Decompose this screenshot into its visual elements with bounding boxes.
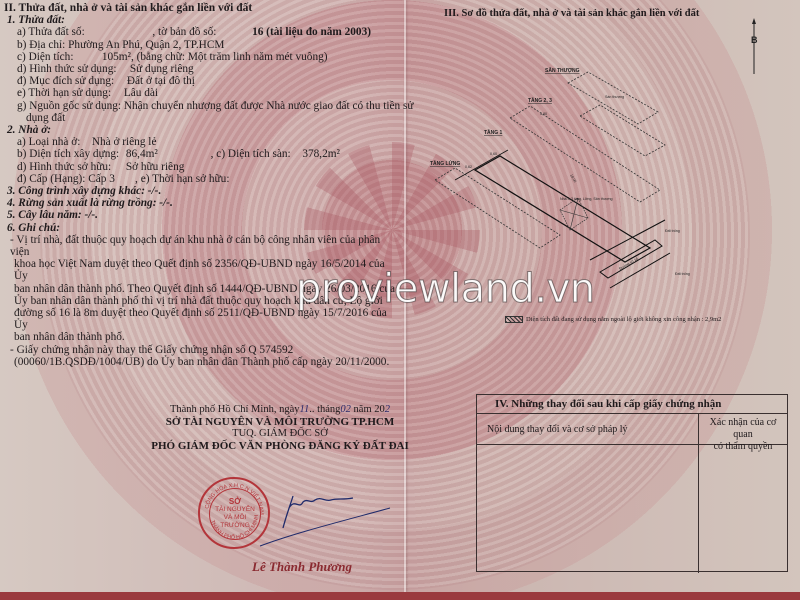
house-heading: 2. Nhà ở: bbox=[4, 124, 400, 136]
note-line: ban nhân dân thành phố. bbox=[10, 331, 400, 343]
build-area-row: b) Diện tích xây dựng: 86,4m² , c) Diện … bbox=[4, 148, 400, 160]
term-row: e) Thời hạn sử dụng: Lâu dài bbox=[4, 87, 400, 99]
floor-area-label: , c) Diện tích sàn: bbox=[211, 148, 291, 160]
svg-text:SÂN THƯỢNG: SÂN THƯỢNG bbox=[545, 67, 580, 74]
build-area-value: 86,4m² bbox=[126, 148, 208, 160]
svg-text:4,80: 4,80 bbox=[540, 112, 547, 116]
signer-position: PHÓ GIÁM ĐỐC VĂN PHÒNG ĐĂNG KÝ ĐẤT ĐAI bbox=[150, 440, 410, 452]
seal-line: TÀI NGUYÊN bbox=[215, 506, 255, 514]
address-label: b) Địa chỉ: bbox=[17, 39, 65, 51]
use-form-value: Sử dụng riêng bbox=[130, 63, 194, 75]
seal-center: SỞ TÀI NGUYÊN VÀ MÔI TRƯỜNG bbox=[209, 488, 261, 540]
section-3-title: III. Sơ đồ thửa đất, nhà ở và tài sản kh… bbox=[444, 8, 699, 19]
note-line: - Vị trí nhà, đất thuộc quy hoạch dự án … bbox=[10, 234, 400, 258]
use-form-label: d) Hình thức sử dụng: bbox=[17, 63, 127, 75]
svg-text:TẦNG 1: TẦNG 1 bbox=[484, 129, 503, 136]
origin-label: g) Nguồn gốc sử dụng: bbox=[17, 100, 121, 112]
handwritten-month: 02 bbox=[340, 404, 351, 415]
changes-content-cell bbox=[477, 445, 699, 573]
grade-value: Cấp 3 bbox=[88, 173, 132, 185]
section-4-title: IV. Những thay đổi sau khi cấp giấy chứn… bbox=[477, 395, 787, 414]
floor-area-value: 378,2m² bbox=[302, 148, 340, 160]
handwritten-signature-icon bbox=[255, 488, 395, 548]
svg-text:B: B bbox=[751, 35, 758, 45]
build-area-label: b) Diện tích xây dựng: bbox=[17, 148, 123, 160]
place-date: Thành phố Hồ Chí Minh, ngày11.. tháng02 … bbox=[150, 404, 410, 416]
svg-text:Đất trống: Đất trống bbox=[665, 229, 680, 233]
signer-name: Lê Thành Phương bbox=[252, 559, 352, 575]
parcel-row: a) Thửa đất số: , tờ bản đồ số: 16 (tài … bbox=[4, 26, 400, 38]
term-value: Lâu dài bbox=[124, 87, 158, 99]
origin-value: Nhận chuyển nhượng đất được Nhà nước gia… bbox=[124, 100, 414, 112]
place-date-prefix: Thành phố Hồ Chí Minh, ngày bbox=[170, 404, 300, 415]
house-type-value: Nhà ở riêng lẻ bbox=[92, 136, 157, 148]
address-value: Phường An Phú, Quận 2, TP.HCM bbox=[68, 39, 224, 51]
svg-text:18,00: 18,00 bbox=[569, 174, 577, 184]
hatch-swatch-icon bbox=[505, 316, 523, 323]
grade-label: đ) Cấp (Hạng): bbox=[17, 173, 85, 185]
notes-heading: 6. Ghi chú: bbox=[4, 222, 400, 234]
legend-text: Diện tích đất đang sử dụng nằm ngoài lộ … bbox=[526, 316, 721, 323]
map-sheet-value: 16 (tài liệu đo năm 2003) bbox=[252, 26, 371, 38]
purpose-value: Đất ở tại đô thị bbox=[127, 75, 195, 87]
parcel-label: a) Thửa đất số: bbox=[17, 26, 85, 38]
watermark-text: proviewland.vn bbox=[296, 266, 595, 312]
svg-text:TẦNG LỬNG: TẦNG LỬNG bbox=[430, 160, 460, 167]
house-type-label: a) Loại nhà ở: bbox=[17, 136, 89, 148]
signature-block: Thành phố Hồ Chí Minh, ngày11.. tháng02 … bbox=[150, 404, 410, 452]
use-form-row: d) Hình thức sử dụng: Sử dụng riêng bbox=[4, 63, 400, 75]
map-sheet-label: , tờ bản đồ số: bbox=[152, 26, 216, 38]
col2-line1: Xác nhận của cơ quan bbox=[699, 417, 787, 441]
note-line: (00060/1B.QSDĐ/1004/UB) do Ủy ban nhân d… bbox=[10, 356, 400, 368]
area-row: c) Diện tích: 105m², (bằng chữ: Một trăm… bbox=[4, 51, 400, 63]
note-line: - Giấy chứng nhận này thay thế Giấy chứn… bbox=[10, 344, 400, 356]
svg-text:0,60: 0,60 bbox=[490, 152, 497, 156]
plan-legend: Diện tích đất đang sử dụng nằm ngoài lộ … bbox=[505, 316, 721, 323]
north-arrow-icon: B bbox=[744, 18, 764, 76]
svg-text:Đất trống: Đất trống bbox=[675, 272, 690, 276]
certificate-border-band bbox=[0, 592, 800, 600]
month-label: tháng bbox=[317, 404, 340, 415]
changes-table-body bbox=[477, 445, 787, 573]
svg-text:TẦNG 2, 3: TẦNG 2, 3 bbox=[528, 97, 552, 104]
area-label: c) Diện tích: bbox=[17, 51, 99, 63]
origin-row-cont: dụng đất bbox=[4, 112, 400, 124]
address-row: b) Địa chỉ: Phường An Phú, Quận 2, TP.HC… bbox=[4, 39, 400, 51]
ownership-label: d) Hình thức sở hữu: bbox=[17, 161, 123, 173]
column-header-confirmation: Xác nhận của cơ quan có thẩm quyền bbox=[699, 414, 787, 444]
own-term-label: , e) Thời hạn sở hữu: bbox=[135, 173, 229, 185]
seal-line: SỞ bbox=[229, 498, 241, 506]
seal-line: VÀ MÔI TRƯỜNG bbox=[210, 514, 260, 530]
changes-table: IV. Những thay đổi sau khi cấp giấy chứn… bbox=[476, 394, 788, 572]
column-header-content: Nội dung thay đổi và cơ sở pháp lý bbox=[477, 414, 699, 444]
handwritten-day: 11 bbox=[299, 404, 309, 415]
term-label: e) Thời hạn sử dụng: bbox=[17, 87, 121, 99]
col2-line2: có thẩm quyền bbox=[699, 441, 787, 453]
purpose-row: đ) Mục đích sử dụng: Đất ở tại đô thị bbox=[4, 75, 400, 87]
svg-text:Nhà ở 3 tầng, Lửng, Sân thượng: Nhà ở 3 tầng, Lửng, Sân thượng bbox=[560, 197, 612, 201]
svg-text:Sàn thượng: Sàn thượng bbox=[605, 95, 624, 99]
ownership-value: Sở hữu riêng bbox=[126, 161, 185, 173]
purpose-label: đ) Mục đích sử dụng: bbox=[17, 75, 124, 87]
handwritten-year: 2 bbox=[385, 404, 390, 415]
area-value: 105m², (bằng chữ: Một trăm linh năm mét … bbox=[102, 51, 328, 63]
changes-table-header: Nội dung thay đổi và cơ sở pháp lý Xác n… bbox=[477, 414, 787, 445]
origin-row: g) Nguồn gốc sử dụng: Nhận chuyển nhượng… bbox=[4, 100, 400, 112]
perennial-trees: 5. Cây lâu năm: -/-. bbox=[4, 209, 400, 221]
forest: 4. Rừng sản xuất là rừng trồng: -/-. bbox=[4, 197, 400, 209]
left-page: II. Thửa đất, nhà ở và tài sản khác gắn … bbox=[4, 2, 400, 368]
section-2-title: II. Thửa đất, nhà ở và tài sản khác gắn … bbox=[4, 2, 400, 14]
grade-row: đ) Cấp (Hạng): Cấp 3 , e) Thời hạn sở hữ… bbox=[4, 173, 400, 185]
house-type-row: a) Loại nhà ở: Nhà ở riêng lẻ bbox=[4, 136, 400, 148]
on-behalf: TUQ. GIÁM ĐỐC SỞ bbox=[150, 428, 410, 440]
svg-text:0,62: 0,62 bbox=[465, 165, 472, 169]
ownership-row: d) Hình thức sở hữu: Sở hữu riêng bbox=[4, 161, 400, 173]
agency-name: SỞ TÀI NGUYÊN VÀ MÔI TRƯỜNG TP.HCM bbox=[150, 416, 410, 428]
year-label: năm 20 bbox=[354, 404, 385, 415]
other-construction: 3. Công trình xây dựng khác: -/-. bbox=[4, 185, 400, 197]
land-heading: 1. Thửa đất: bbox=[4, 14, 400, 26]
